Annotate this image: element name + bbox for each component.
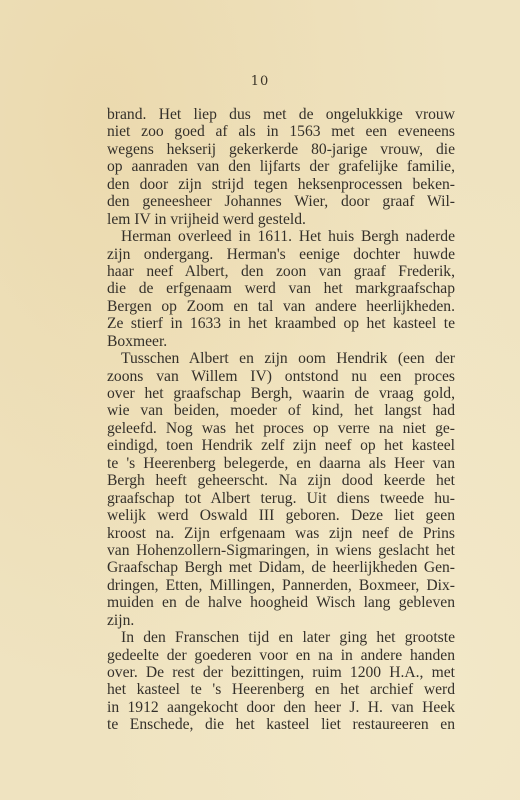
text-line: op aanraden van den lijfarts der grafeli… bbox=[107, 158, 455, 175]
text-line: Boxmeer. bbox=[107, 333, 455, 350]
text-line: zijn ondergang. Herman's eenige dochter … bbox=[107, 246, 455, 263]
text-line: graafschap tot Albert terug. Uit diens t… bbox=[107, 490, 455, 507]
text-line: te Enschede, die het kasteel liet restau… bbox=[107, 716, 455, 733]
text-line: wegens hekserij gekerkerde 80-jarige vro… bbox=[107, 141, 455, 158]
text-line: over. De rest der bezittingen, ruim 1200… bbox=[107, 664, 455, 681]
text-line: wie van beiden, moeder of kind, het lang… bbox=[107, 402, 455, 419]
text-line: Herman overleed in 1611. Het huis Bergh … bbox=[107, 228, 455, 245]
text-line: te 's Heerenberg belegerde, en daarna al… bbox=[107, 455, 455, 472]
text-line: haar neef Albert, den zoon van graaf Fre… bbox=[107, 263, 455, 280]
text-line: In den Franschen tijd en later ging het … bbox=[107, 629, 455, 646]
text-line: kroost na. Zijn erfgenaam was zijn neef … bbox=[107, 525, 455, 542]
text-line: Bergh heeft geheerscht. Na zijn dood kee… bbox=[107, 472, 455, 489]
text-line: geleefd. Nog was het proces op verre na … bbox=[107, 420, 455, 437]
page-number: 10 bbox=[0, 74, 520, 89]
text-line: die de erfgenaam werd van het markgraafs… bbox=[107, 280, 455, 297]
text-line: Ze stierf in 1633 in het kraambed op het… bbox=[107, 315, 455, 332]
book-page: 10 brand. Het liep dus met de ongelukkig… bbox=[0, 0, 520, 800]
paragraph-1: brand. Het liep dus met de ongelukkige v… bbox=[107, 106, 455, 228]
paragraph-4: In den Franschen tijd en later ging het … bbox=[107, 629, 455, 734]
text-line: dringen, Etten, Millingen, Pannerden, Bo… bbox=[107, 577, 455, 594]
text-line: brand. Het liep dus met de ongelukkige v… bbox=[107, 106, 455, 123]
text-line: den door zijn strijd tegen heksenprocess… bbox=[107, 176, 455, 193]
text-line: in 1912 aangekocht door den heer J. H. v… bbox=[107, 699, 455, 716]
text-line: muiden en de halve hoogheid Wisch lang g… bbox=[107, 594, 455, 611]
text-line: Graafschap Bergh met Didam, de heerlijkh… bbox=[107, 559, 455, 576]
body-text: brand. Het liep dus met de ongelukkige v… bbox=[107, 106, 455, 734]
text-line: zoons van Willem IV) ontstond nu een pro… bbox=[107, 368, 455, 385]
text-line: eindigd, toen Hendrik zelf zijn neef op … bbox=[107, 437, 455, 454]
text-line: het kasteel te 's Heerenberg en het arch… bbox=[107, 681, 455, 698]
text-line: over het graafschap Bergh, waarin de vra… bbox=[107, 385, 455, 402]
text-line: zijn. bbox=[107, 612, 455, 629]
text-line: van Hohenzollern-Sigmaringen, in wiens g… bbox=[107, 542, 455, 559]
text-line: welijk werd Oswald III geboren. Deze lie… bbox=[107, 507, 455, 524]
text-line: Tusschen Albert en zijn oom Hendrik (een… bbox=[107, 350, 455, 367]
text-line: niet zoo goed af als in 1563 met een eve… bbox=[107, 123, 455, 140]
text-line: lem IV in vrijheid werd gesteld. bbox=[107, 211, 455, 228]
paragraph-2: Herman overleed in 1611. Het huis Bergh … bbox=[107, 228, 455, 350]
text-line: gedeelte der goederen voor en na in ande… bbox=[107, 647, 455, 664]
text-line: Bergen op Zoom en tal van andere heerlij… bbox=[107, 298, 455, 315]
text-line: den geneesheer Johannes Wier, door graaf… bbox=[107, 193, 455, 210]
paragraph-3: Tusschen Albert en zijn oom Hendrik (een… bbox=[107, 350, 455, 629]
